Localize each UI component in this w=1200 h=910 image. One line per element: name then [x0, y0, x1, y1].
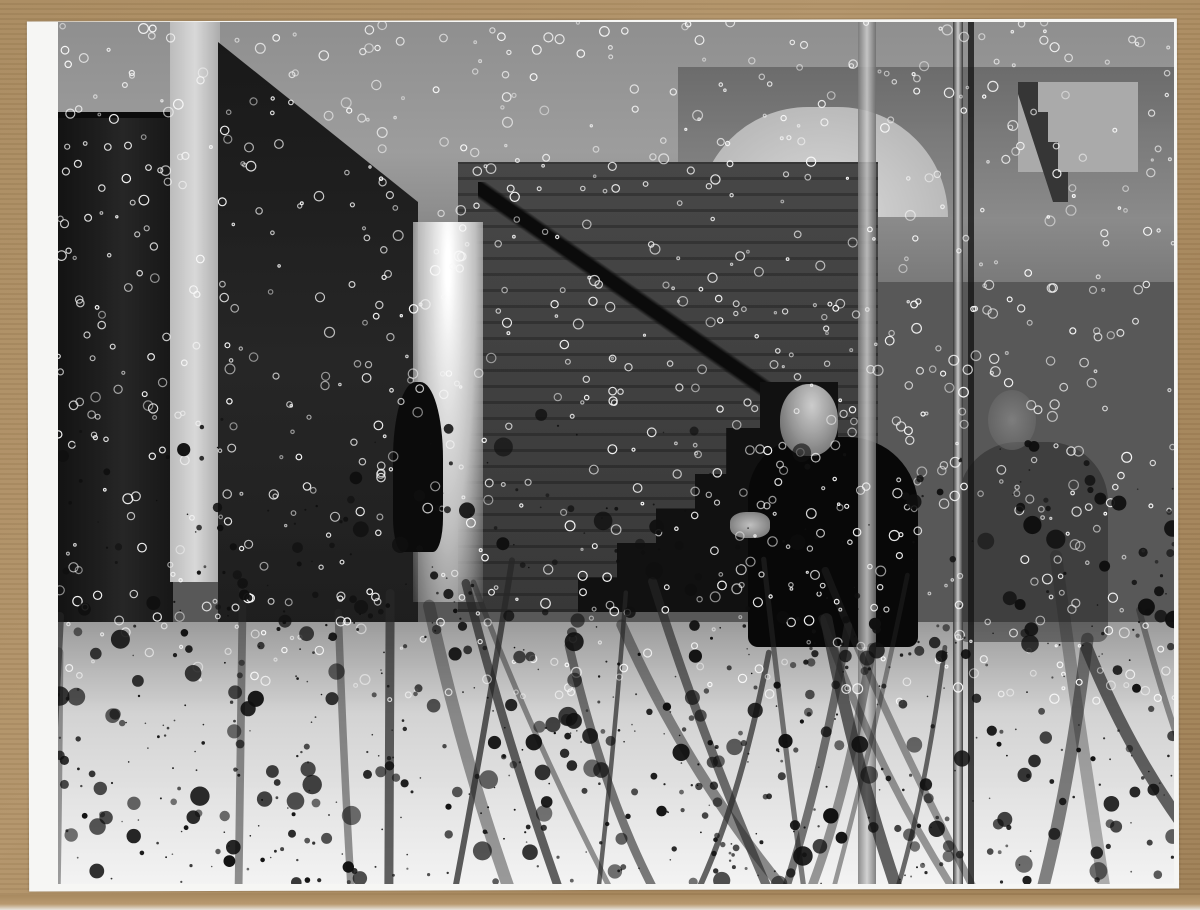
speckle-overlay: [58, 22, 1174, 884]
kraft-paper-edge: [0, 895, 1200, 910]
photograph: [58, 22, 1174, 884]
